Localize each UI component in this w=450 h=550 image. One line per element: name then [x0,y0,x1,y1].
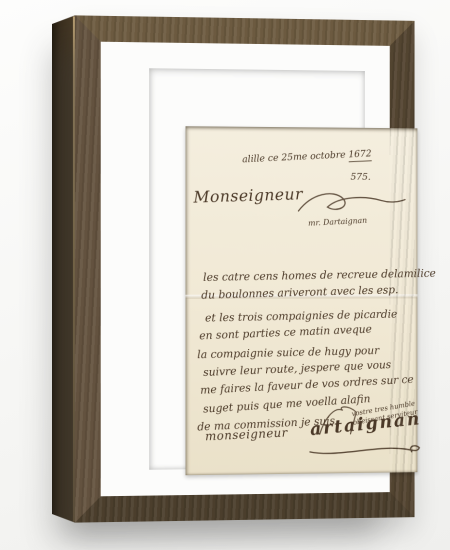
recipient-annotation: mr. Dartaignan [308,216,367,228]
frame-side-face [52,15,75,523]
letter-valediction: monseigneur [205,426,288,444]
letter-dateline: alille ce 25me octobre1672 [242,148,372,165]
mat-board: alille ce 25me octobre1672 575. Monseign… [149,68,365,470]
picture-frame: alille ce 25me octobre1672 575. Monseign… [75,15,415,522]
dateline-place: alille ce 25me octobre [242,150,346,166]
letter-paper: alille ce 25me octobre1672 575. Monseign… [186,126,418,475]
dateline-year: 1672 [348,148,372,162]
letter-body-line: du boulonnes ariveront avec les esp. [201,281,416,305]
salutation-flourish [295,189,408,219]
signature-flourish [308,443,421,458]
letter-salutation: Monseigneur [193,184,303,206]
framed-letter-artwork: alille ce 25me octobre1672 575. Monseign… [52,15,415,523]
archive-page-number: 575. [350,172,370,183]
